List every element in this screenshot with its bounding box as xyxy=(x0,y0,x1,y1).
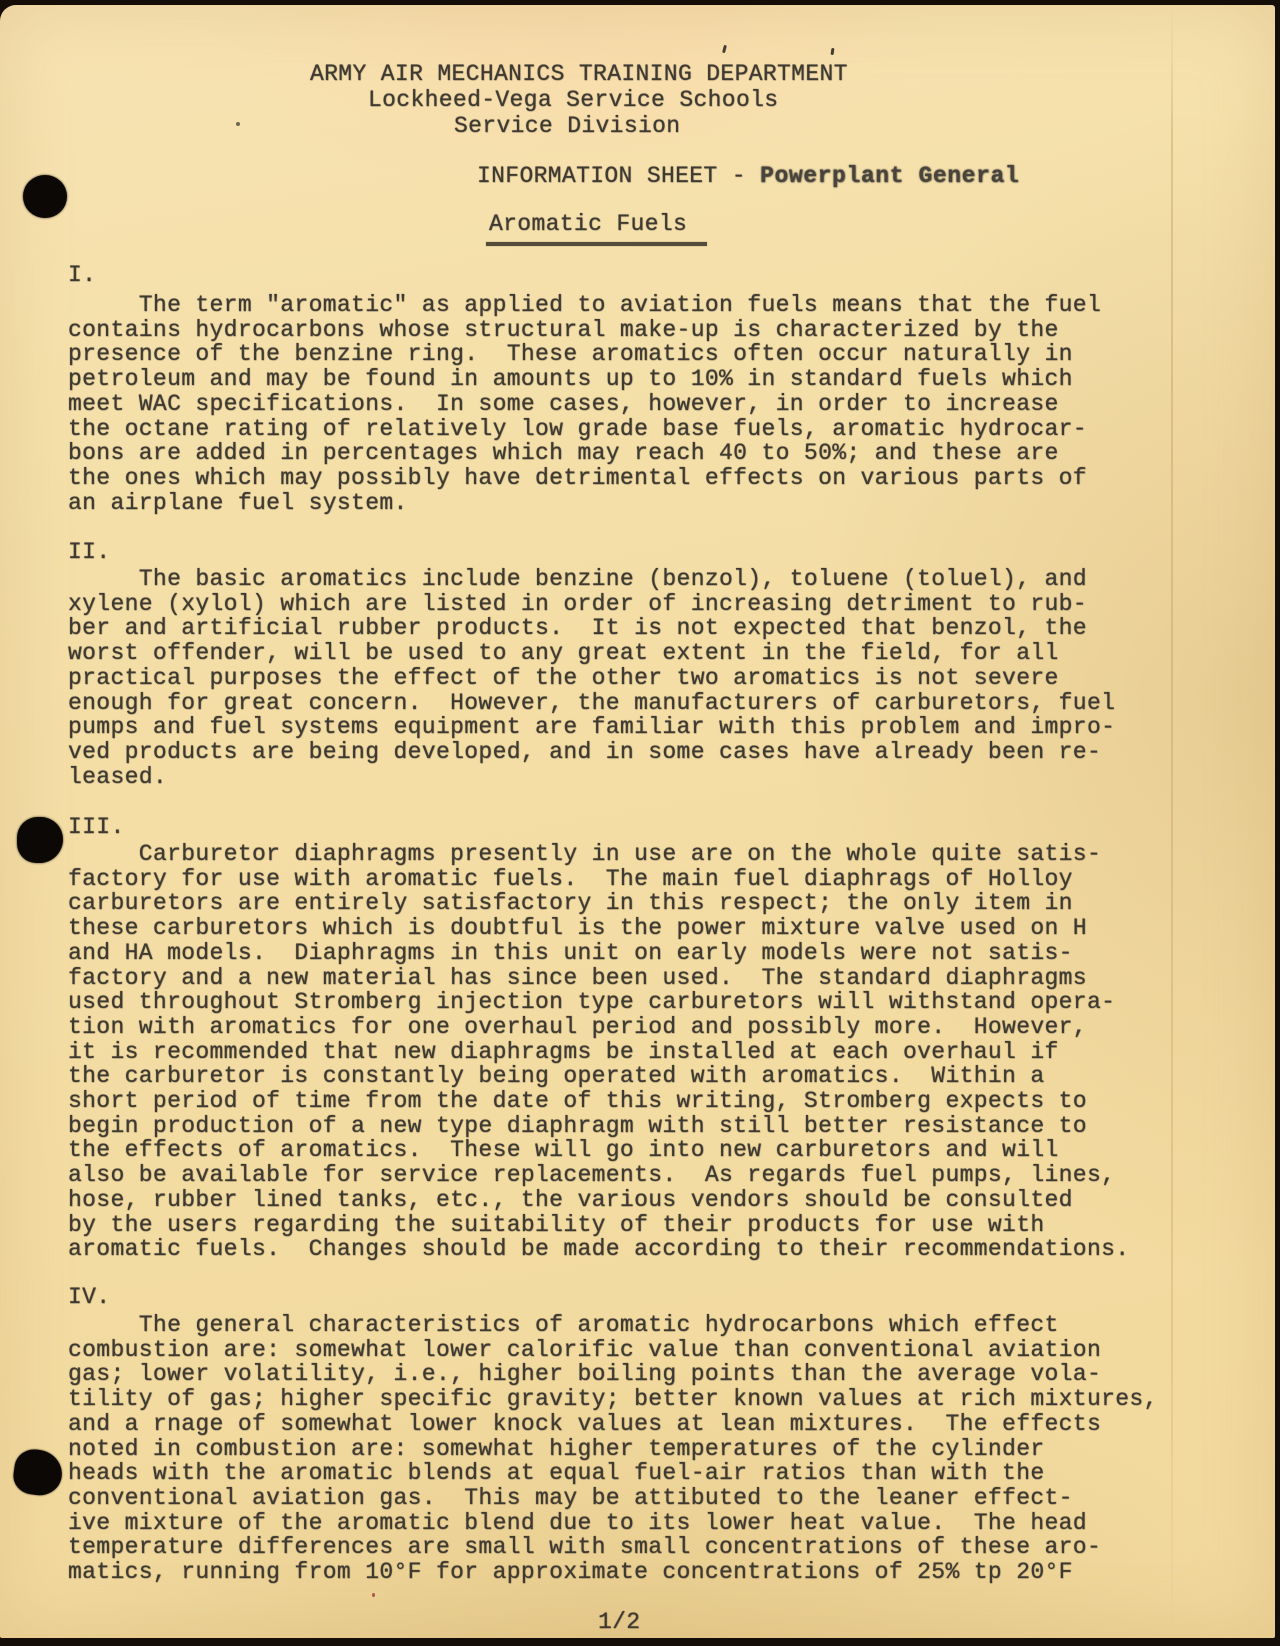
sheet-heading: INFORMATION SHEET - Powerplant General xyxy=(477,164,1019,189)
hole-punch-top xyxy=(23,175,67,218)
red-speck xyxy=(372,1593,375,1597)
ink-speck xyxy=(236,122,240,126)
doc-title: Aromatic Fuels xyxy=(489,212,687,237)
doc-title-underline xyxy=(486,242,707,246)
document-page: ARMY AIR MECHANICS TRAINING DEPARTMENT L… xyxy=(0,5,1275,1638)
section-3-body: Carburetor diaphragms presently in use a… xyxy=(68,842,1129,1262)
ink-speck xyxy=(831,48,835,55)
hole-punch-middle xyxy=(17,817,63,863)
hole-punch-bottom xyxy=(11,1447,65,1498)
sheet-stamp-title: Powerplant General xyxy=(760,163,1019,189)
section-2-numeral: II. xyxy=(68,540,110,565)
paper-crease xyxy=(1171,5,1173,1638)
ink-speck xyxy=(722,45,727,53)
header-school-line: Lockheed-Vega Service Schools xyxy=(368,88,778,113)
header-org-line: ARMY AIR MECHANICS TRAINING DEPARTMENT xyxy=(310,62,848,87)
section-1-numeral: I. xyxy=(68,263,96,288)
section-2-body: The basic aromatics include benzine (ben… xyxy=(68,567,1115,789)
section-3-numeral: III. xyxy=(68,815,125,840)
section-4-numeral: IV. xyxy=(68,1285,110,1310)
scanned-document: { "page": { "paper_color": "#f3dda5", "i… xyxy=(0,0,1280,1646)
section-1-body: The term "aromatic" as applied to aviati… xyxy=(68,293,1101,515)
section-4-body: The general characteristics of aromatic … xyxy=(68,1313,1158,1585)
header-division-line: Service Division xyxy=(454,114,680,139)
page-number: 1/2 xyxy=(598,1610,640,1635)
sheet-label: INFORMATION SHEET - xyxy=(477,163,760,189)
